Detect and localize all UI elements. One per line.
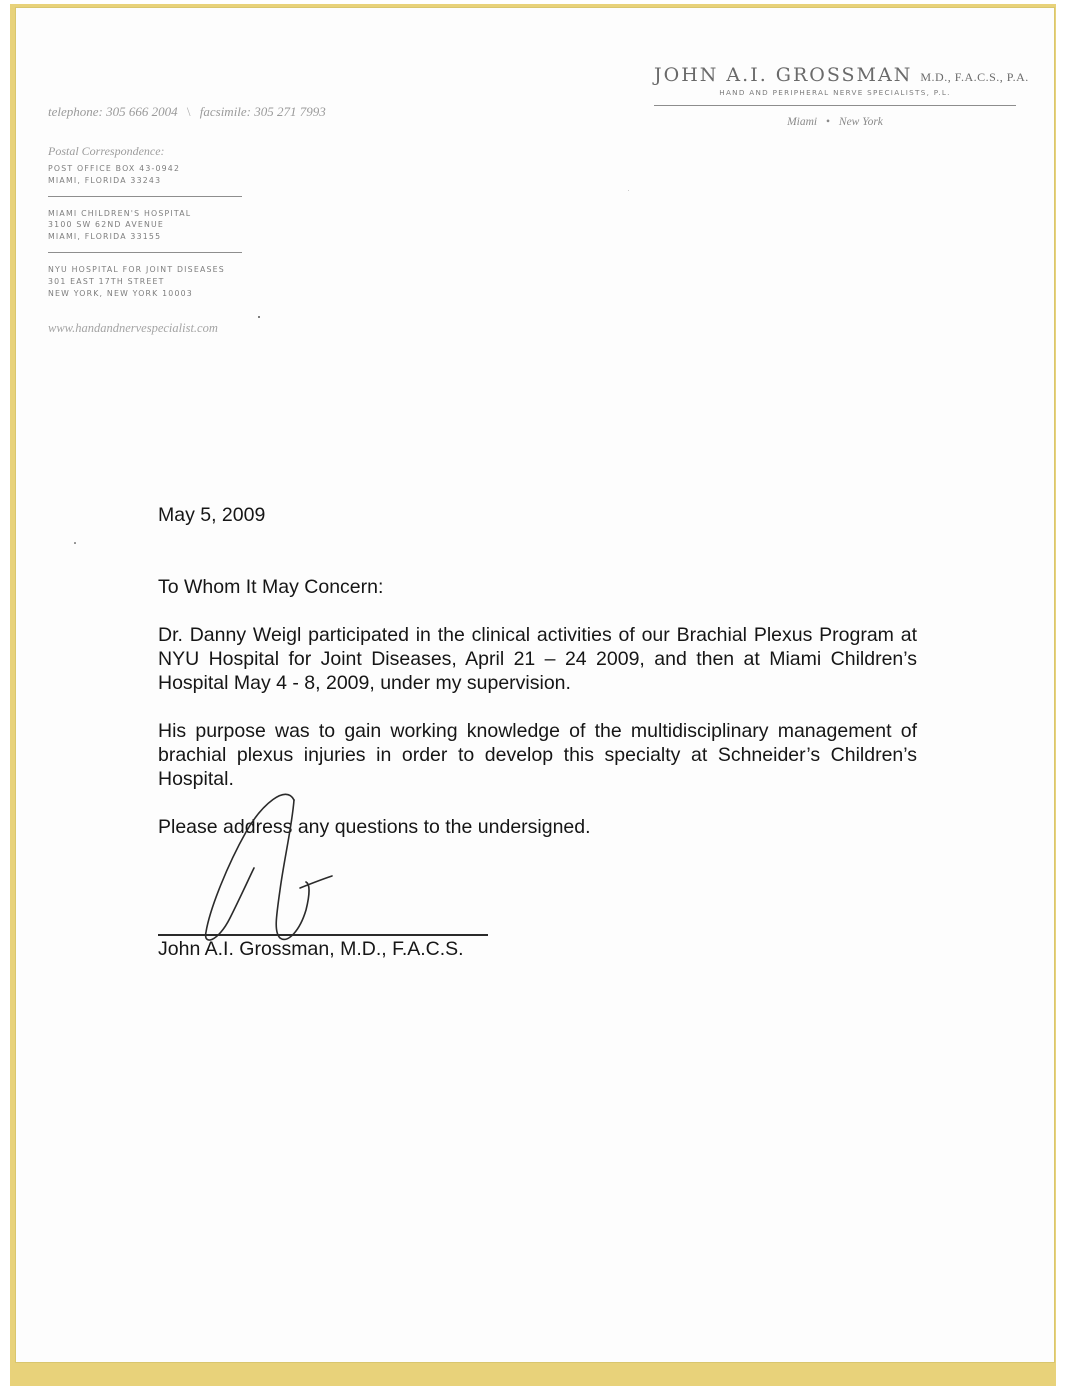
practice-tagline: HAND AND PERIPHERAL NERVE SPECIALISTS, P… xyxy=(654,88,1016,97)
address-line: NEW YORK, NEW YORK 10003 xyxy=(48,288,348,300)
address-line: 301 EAST 17TH STREET xyxy=(48,276,348,288)
address-line: MIAMI CHILDREN'S HOSPITAL xyxy=(48,208,348,220)
address-nyu-hospital: NYU HOSPITAL FOR JOINT DISEASES 301 EAST… xyxy=(48,264,348,299)
website-link[interactable]: www.handandnervespecialist.com xyxy=(48,321,348,336)
city-new-york: New York xyxy=(839,116,883,128)
letterhead-divider xyxy=(654,105,1016,106)
phone-fax-line: telephone: 305 666 2004 \ facsimile: 305… xyxy=(48,104,348,120)
scan-margin xyxy=(0,1386,1070,1400)
city-miami: Miami xyxy=(787,116,817,128)
address-line: MIAMI, FLORIDA 33243 xyxy=(48,175,348,187)
doctor-name: JOHN A.I. GROSSMAN xyxy=(654,64,912,86)
letter-date: May 5, 2009 xyxy=(158,503,917,527)
salutation: To Whom It May Concern: xyxy=(158,575,917,599)
signatory-name: John A.I. Grossman, M.D., F.A.C.S. xyxy=(158,937,464,961)
contact-separator: \ xyxy=(187,104,191,119)
office-cities: Miami • New York xyxy=(654,116,1016,128)
signature-block: John A.I. Grossman, M.D., F.A.C.S. xyxy=(158,790,498,970)
body-paragraph: His purpose was to gain working knowledg… xyxy=(158,719,917,791)
signature-line xyxy=(158,934,488,936)
letterhead-brand: JOHN A.I. GROSSMAN M.D., F.A.C.S., P.A. … xyxy=(654,64,1016,128)
bullet-dot-icon: • xyxy=(826,116,830,128)
doctor-credentials: M.D., F.A.C.S., P.A. xyxy=(920,70,1028,84)
address-divider xyxy=(48,252,242,253)
address-po-box: POST OFFICE BOX 43-0942 MIAMI, FLORIDA 3… xyxy=(48,163,348,187)
body-paragraph: Dr. Danny Weigl participated in the clin… xyxy=(158,623,917,695)
address-line: POST OFFICE BOX 43-0942 xyxy=(48,163,348,175)
telephone: telephone: 305 666 2004 xyxy=(48,104,178,119)
address-line: 3100 SW 62ND AVENUE xyxy=(48,219,348,231)
postal-correspondence-label: Postal Correspondence: xyxy=(48,144,348,159)
signature-icon xyxy=(158,790,498,950)
letter-body: May 5, 2009 To Whom It May Concern: Dr. … xyxy=(158,503,917,839)
address-line: MIAMI, FLORIDA 33155 xyxy=(48,231,348,243)
letterhead-name: JOHN A.I. GROSSMAN M.D., F.A.C.S., P.A. xyxy=(654,64,1016,86)
letterhead-contact: telephone: 305 666 2004 \ facsimile: 305… xyxy=(48,104,348,336)
facsimile: facsimile: 305 271 7993 xyxy=(200,104,326,119)
address-miami-childrens: MIAMI CHILDREN'S HOSPITAL 3100 SW 62ND A… xyxy=(48,208,348,243)
scan-speck xyxy=(258,316,260,318)
address-line: NYU HOSPITAL FOR JOINT DISEASES xyxy=(48,264,348,276)
scan-speck xyxy=(628,190,629,191)
address-divider xyxy=(48,196,242,197)
scan-speck xyxy=(74,542,76,544)
